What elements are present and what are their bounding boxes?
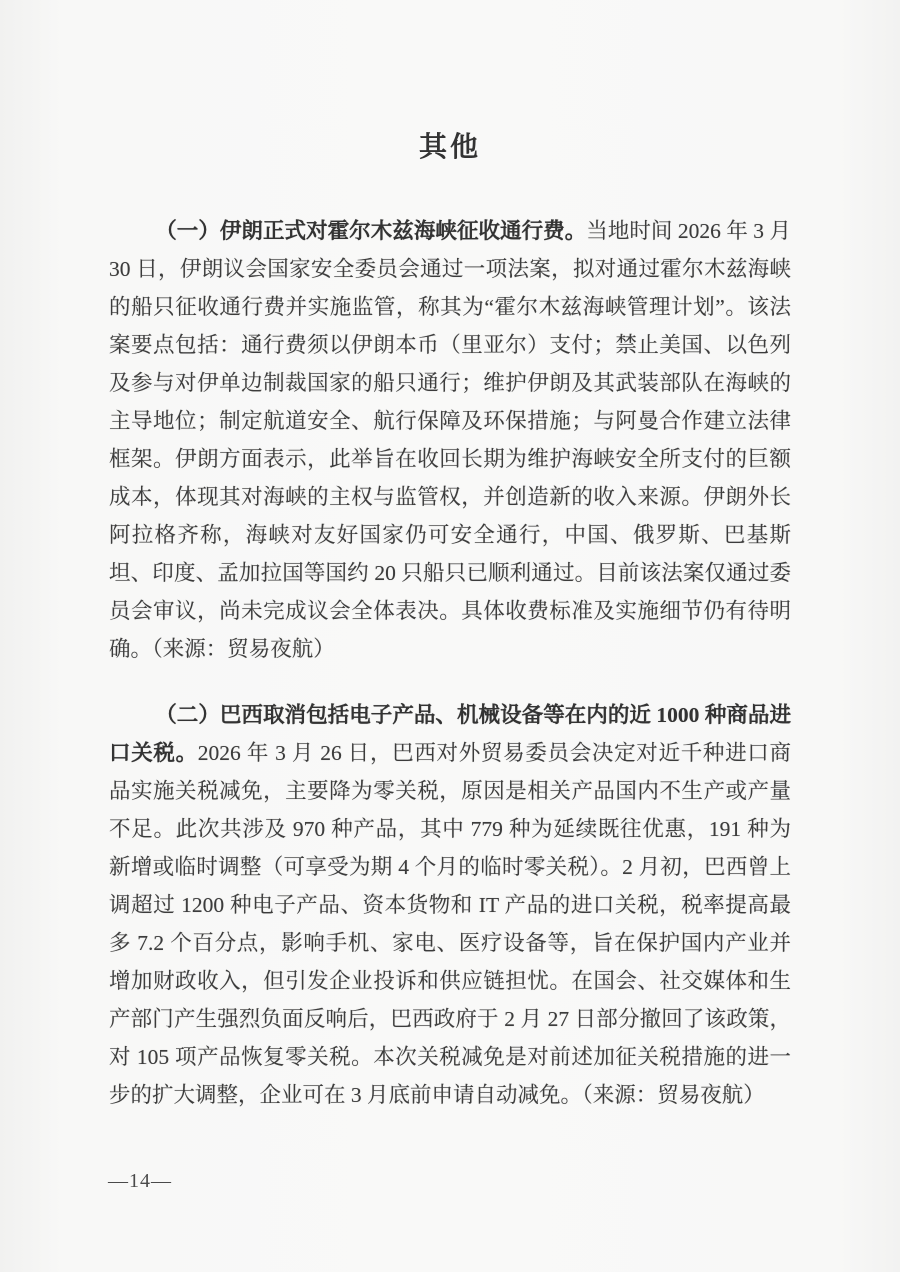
paragraph-brazil-tariff: （二）巴西取消包括电子产品、机械设备等在内的近 1000 种商品进口关税。202… <box>109 696 791 1114</box>
document-body: （一）伊朗正式对霍尔木兹海峡征收通行费。当地时间 2026 年 3 月 30 日… <box>109 166 791 1114</box>
page-number: —14— <box>108 1170 172 1193</box>
paragraph-heading-iran: （一）伊朗正式对霍尔木兹海峡征收通行费。 <box>155 219 586 243</box>
paragraph-text-brazil: 2026 年 3 月 26 日，巴西对外贸易委员会决定对近千种进口商品实施关税减… <box>109 741 791 1107</box>
paragraph-text-iran: 当地时间 2026 年 3 月 30 日，伊朗议会国家安全委员会通过一项法案，拟… <box>109 219 791 661</box>
paragraph-iran-hormuz-toll: （一）伊朗正式对霍尔木兹海峡征收通行费。当地时间 2026 年 3 月 30 日… <box>109 212 791 668</box>
page-title: 其他 <box>0 0 900 166</box>
document-page: 其他 （一）伊朗正式对霍尔木兹海峡征收通行费。当地时间 2026 年 3 月 3… <box>0 0 900 1272</box>
